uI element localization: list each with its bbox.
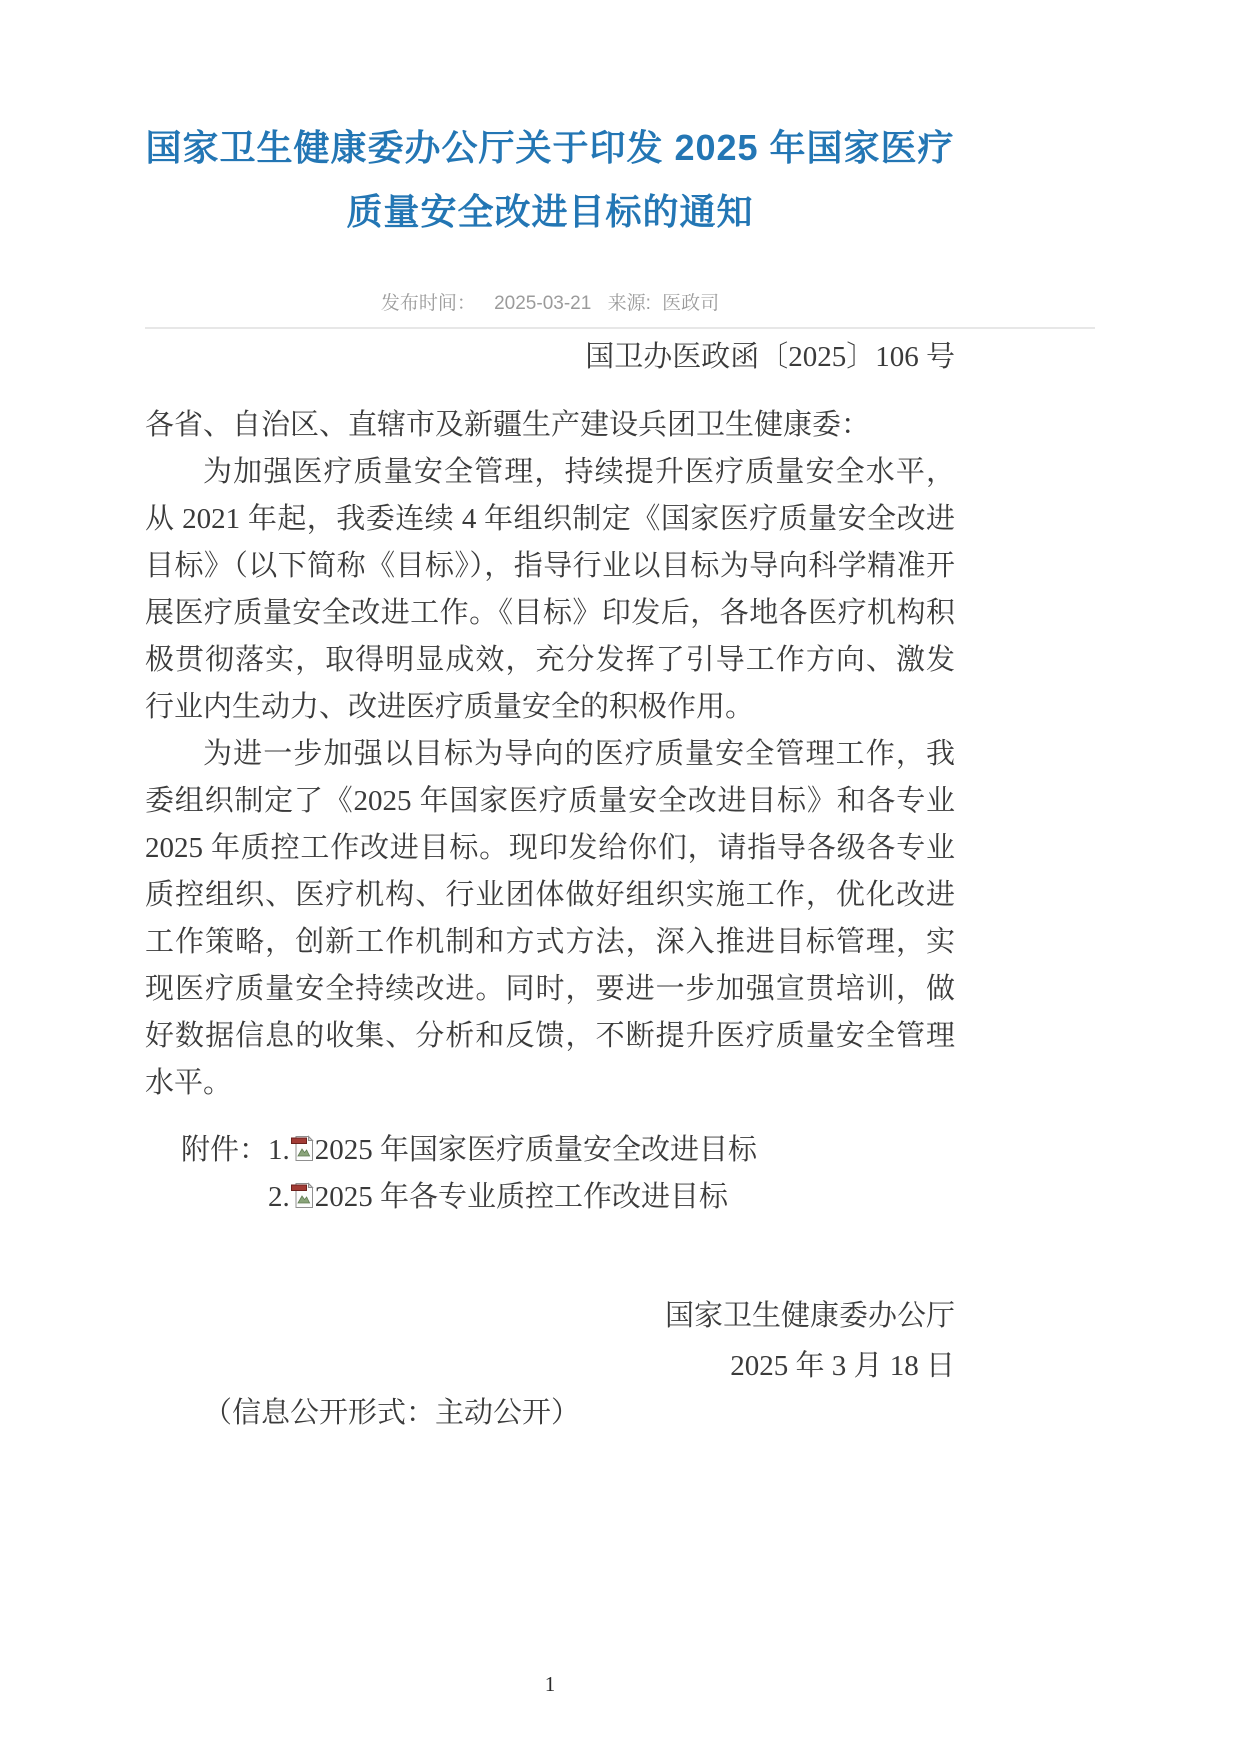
disclosure-note: （信息公开形式：主动公开）	[145, 1390, 955, 1437]
attachments-label: 附件：	[181, 1134, 268, 1166]
broken-image-icon	[291, 1182, 314, 1209]
document-number: 国卫办医政函〔2025〕106 号	[145, 334, 955, 381]
source-label: 来源:	[608, 293, 651, 314]
attachment-link[interactable]: 2025 年国家医疗质量安全改进目标	[315, 1134, 757, 1166]
document-page: { "header": { "title": "国家卫生健康委办公厅关于印发 2…	[0, 0, 1240, 1754]
page-number: 1	[145, 1672, 955, 1697]
paragraph-2: 为进一步加强以目标为导向的医疗质量安全管理工作，我委组织制定了《2025 年国家…	[145, 731, 955, 1107]
attachment-item: 2.2025 年各专业质控工作改进目标	[145, 1174, 955, 1221]
broken-image-icon	[291, 1135, 314, 1162]
signature-date: 2025 年 3 月 18 日	[145, 1343, 955, 1390]
source-value: 医政司	[662, 293, 719, 314]
notice-article: 国家卫生健康委办公厅关于印发 2025 年国家医疗质量安全改进目标的通知 发布时…	[145, 0, 1095, 1437]
publish-time-value: 2025-03-21	[494, 293, 591, 314]
page-title: 国家卫生健康委办公厅关于印发 2025 年国家医疗质量安全改进目标的通知	[145, 116, 955, 244]
attachment-number: 2.	[268, 1181, 290, 1213]
document-body: 国卫办医政函〔2025〕106 号 各省、自治区、直辖市及新疆生产建设兵团卫生健…	[145, 334, 955, 1437]
attachment-number: 1.	[268, 1134, 290, 1166]
attachments-list: 附件：1.2025 年国家医疗质量安全改进目标 2.2025 年各专业质控工作改…	[145, 1127, 955, 1221]
publish-time-label: 发布时间：	[381, 293, 476, 314]
signature-issuer: 国家卫生健康委办公厅	[145, 1293, 955, 1340]
publish-meta: 发布时间： 2025-03-21 来源: 医政司	[145, 288, 955, 315]
header-divider	[145, 327, 1095, 329]
attachment-item: 附件：1.2025 年国家医疗质量安全改进目标	[145, 1127, 955, 1174]
salutation: 各省、自治区、直辖市及新疆生产建设兵团卫生健康委：	[145, 402, 955, 449]
paragraph-1: 为加强医疗质量安全管理，持续提升医疗质量安全水平，从 2021 年起，我委连续 …	[145, 449, 955, 731]
attachment-link[interactable]: 2025 年各专业质控工作改进目标	[315, 1181, 728, 1213]
